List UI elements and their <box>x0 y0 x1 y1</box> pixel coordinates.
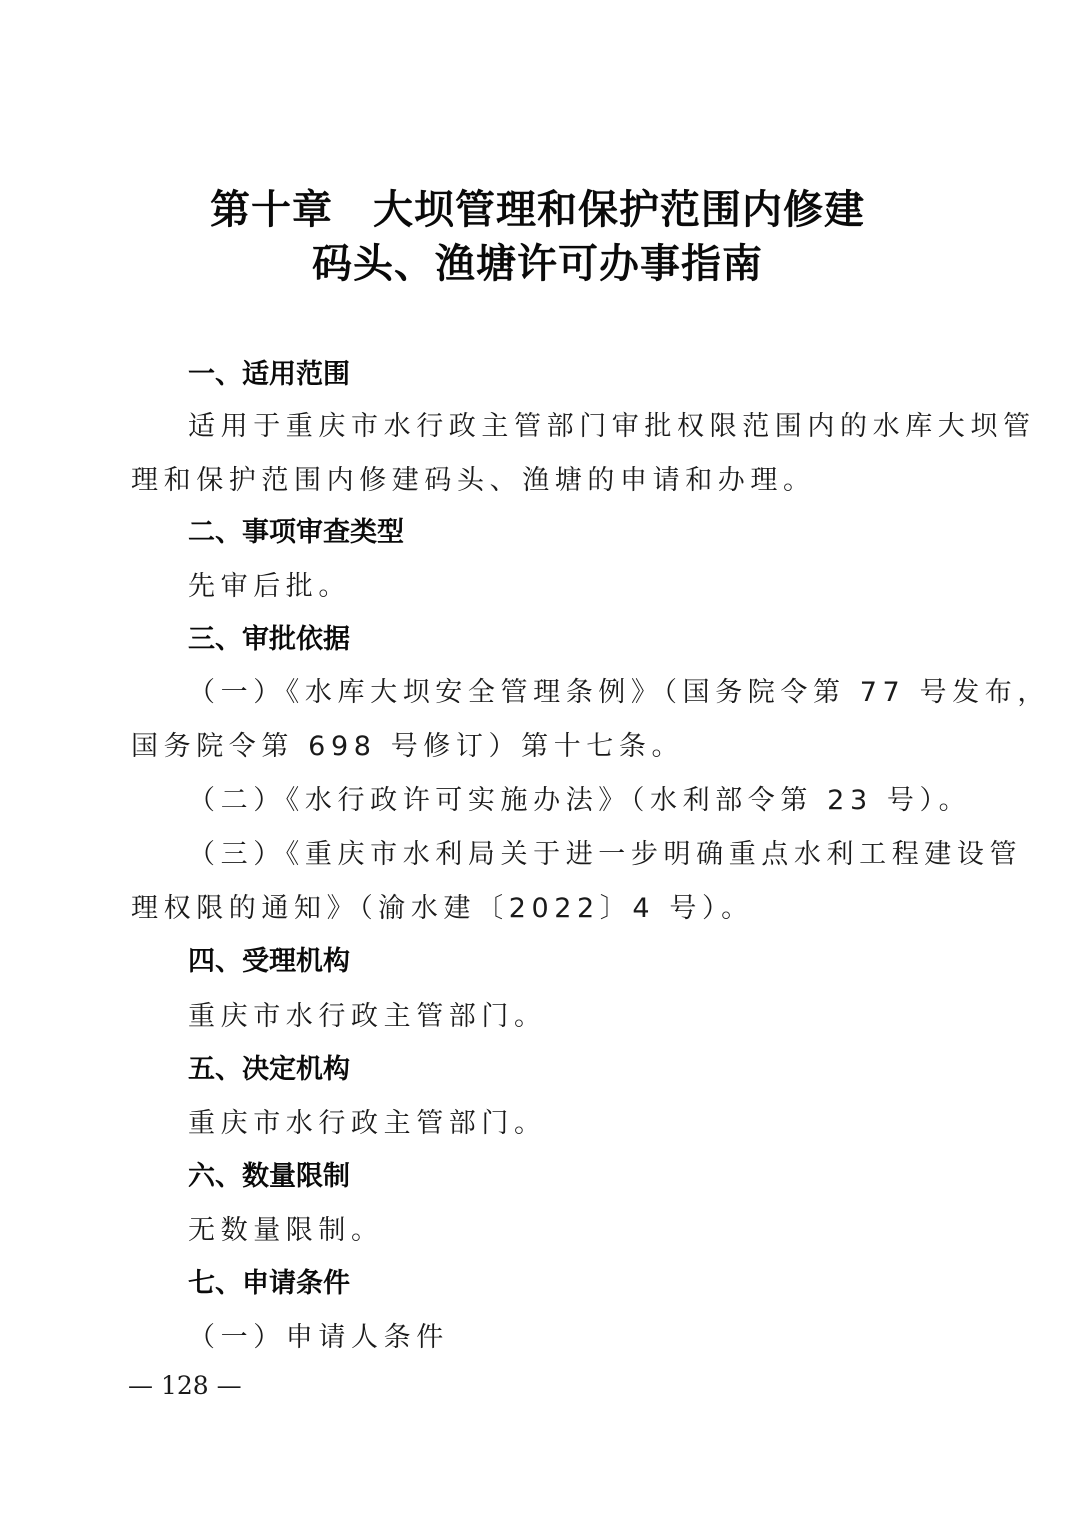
section-heading-review-type: 二、事项审查类型 <box>188 513 404 553</box>
page-number: — 128 — <box>128 1368 242 1404</box>
legal-basis-item-1-line-2: 国务院令第 698 号修订）第十七条。 <box>131 727 684 767</box>
legal-basis-item-2: （二）《水行政许可实施办法》（水利部令第 23 号）。 <box>188 781 971 821</box>
section-heading-quantity-limit: 六、数量限制 <box>188 1157 350 1197</box>
deciding-agency-paragraph: 重庆市水行政主管部门。 <box>188 1104 547 1144</box>
chapter-title-line-1: 第十章大坝管理和保护范围内修建 <box>0 182 1075 238</box>
quantity-limit-paragraph: 无数量限制。 <box>188 1211 384 1251</box>
section-heading-scope: 一、适用范围 <box>188 355 350 395</box>
section-heading-accepting-agency: 四、受理机构 <box>188 942 350 982</box>
document-page: 第十章大坝管理和保护范围内修建 码头、渔塘许可办事指南 一、适用范围 适用于重庆… <box>0 0 1075 1519</box>
accepting-agency-paragraph: 重庆市水行政主管部门。 <box>188 997 547 1037</box>
legal-basis-item-1-line-1: （一）《水库大坝安全管理条例》（国务院令第 77 号发布， <box>188 673 1050 713</box>
review-type-paragraph: 先审后批。 <box>188 567 351 607</box>
legal-basis-item-3-line-2: 理权限的通知》（渝水建〔2022〕4 号）。 <box>131 889 754 929</box>
section-heading-application-conditions: 七、申请条件 <box>188 1264 350 1304</box>
chapter-title-line-2: 码头、渔塘许可办事指南 <box>0 236 1075 292</box>
applicant-conditions-subheading: （一）申请人条件 <box>188 1318 449 1358</box>
section-heading-deciding-agency: 五、决定机构 <box>188 1050 350 1090</box>
section-heading-legal-basis: 三、审批依据 <box>188 620 350 660</box>
chapter-title-text: 大坝管理和保护范围内修建 <box>373 186 865 233</box>
legal-basis-item-3-line-1: （三）《重庆市水利局关于进一步明确重点水利工程建设管 <box>188 835 1022 875</box>
scope-paragraph-line-2: 理和保护范围内修建码头、渔塘的申请和办理。 <box>131 461 816 501</box>
chapter-number: 第十章 <box>210 186 333 233</box>
scope-paragraph-line-1: 适用于重庆市水行政主管部门审批权限范围内的水库大坝管 <box>188 407 1036 447</box>
